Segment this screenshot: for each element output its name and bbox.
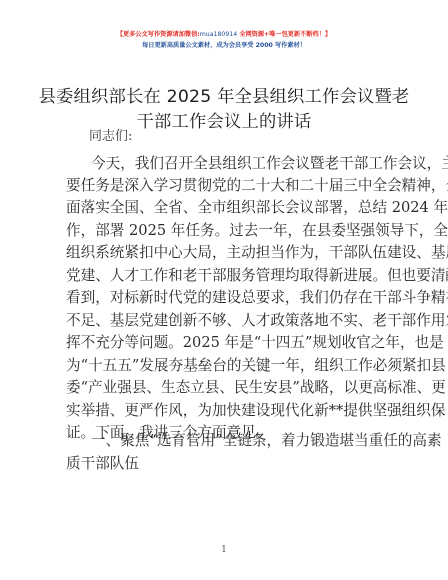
document-page: 【更多公文写作资源请加微信:mua180914 全网资源+唯一包更新不断档！】 … bbox=[0, 0, 448, 580]
page-number: 1 bbox=[0, 545, 448, 555]
document-title-line-2: 干部工作会议上的讲话 bbox=[0, 111, 448, 133]
paragraph-line: 看到，对标新时代党的建设总要求，我们仍存在干部斗争精神 bbox=[66, 289, 384, 307]
promo-banner-line-1: 【更多公文写作资源请加微信:mua180914 全网资源+唯一包更新不断档！】 bbox=[0, 31, 448, 39]
paragraph-line: 今天，我们召开全县组织工作会议暨老干部工作会议，主 bbox=[91, 155, 384, 173]
promo-wechat-id: mua180914 bbox=[200, 31, 237, 38]
promo-banner-line-2: 每日更新高质量公文素材，成为会员享受 2000 写作素材！ bbox=[0, 42, 448, 50]
promo-prefix: 【更多公文写作资源请加微信: bbox=[117, 31, 200, 38]
paragraph-line: 挥不充分等问题。2025 年是“十四五”规划收官之年，也是 bbox=[66, 334, 384, 352]
section-heading-line: 质干部队伍 bbox=[66, 455, 384, 473]
paragraph-line: 组织系统紧扣中心大局，主动担当作为，干部队伍建设、基层 bbox=[66, 244, 384, 262]
paragraph-line: 党建、人才工作和老干部服务管理均取得新进展。但也要清醒 bbox=[66, 267, 384, 285]
paragraph-line: 面落实全国、全省、全市组织部长会议部署，总结 2024 年工 bbox=[66, 199, 384, 217]
paragraph-line: 为“十五五”发展夯基垒台的关键一年，组织工作必须紧扣县 bbox=[66, 357, 384, 375]
document-title-line-1: 县委组织部长在 2025 年全县组织工作会议暨老 bbox=[0, 86, 448, 108]
paragraph-line: 实举措、更严作风，为加快建设现代化新**提供坚强组织保 bbox=[66, 402, 384, 420]
paragraph-line: 不足、基层党建创新不够、人才政策落地不实、老干部作用发 bbox=[66, 312, 384, 330]
paragraph-line: 作，部署 2025 年任务。过去一年，在县委坚强领导下，全县 bbox=[66, 222, 384, 240]
salutation: 同志们: bbox=[89, 128, 132, 146]
paragraph-line: 委“产业强县、生态立县、民生安县”战略，以更高标准、更 bbox=[66, 379, 384, 397]
promo-suffix: 全网资源+唯一包更新不断档！】 bbox=[239, 31, 331, 38]
section-heading-line: 一、聚焦“选育管用”全链条，着力锻造堪当重任的高素 bbox=[91, 432, 384, 450]
paragraph-line: 要任务是深入学习贯彻党的二十大和二十届三中全会精神，全 bbox=[66, 177, 384, 195]
